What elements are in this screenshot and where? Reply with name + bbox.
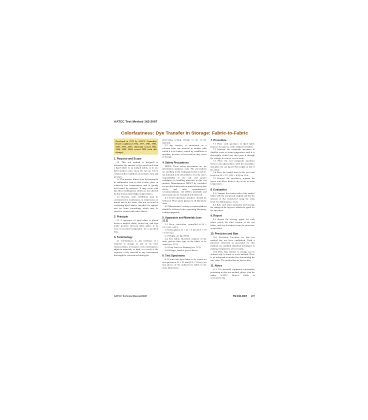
- body-paragraph: 1.2 This transfer differs from that meas…: [114, 178, 158, 195]
- body-paragraph: 8.1 Compare the contact side of the undy…: [211, 192, 255, 204]
- section-heading: 1. Purpose and Scope: [114, 157, 158, 160]
- body-paragraph: 3.2 dye transfer, n.—movement of a color…: [162, 144, 206, 158]
- page-title: Colorfastness: Dye Transfer in Storage: …: [114, 131, 255, 137]
- safety-note: NOTE: These safety precautions are for i…: [162, 165, 206, 197]
- page-scale-wrapper: AATCC Test Method 163-2007 Colorfastness…: [0, 0, 368, 420]
- section-heading: 3. Terminology: [114, 236, 158, 239]
- text-columns: Developed in 1972 by AATCC Committee RA2…: [114, 139, 255, 292]
- section-heading: 7. Procedure: [211, 139, 255, 142]
- section-heading: 10. Precision and Bias: [211, 232, 255, 235]
- footer-method-id: TM 163-2007: [233, 295, 247, 298]
- body-paragraph: 2.1 A specimen of dyed fabric is placed …: [114, 219, 158, 233]
- section-heading: 8. Evaluation: [211, 188, 255, 191]
- document-canvas: AATCC Test Method 163-2007 Colorfastness…: [0, 0, 368, 420]
- body-paragraph: 7.2 Immerse the composite specimen in di…: [211, 148, 255, 160]
- body-paragraph: 5.6 Wringer, hand or power driven.: [162, 249, 206, 252]
- section-heading: 4. Safety Precautions: [162, 161, 206, 164]
- column-1: Developed in 1972 by AATCC Committee RA2…: [114, 139, 158, 292]
- body-paragraph: 8.2 Rate each layer separately and avera…: [211, 203, 255, 212]
- section-heading: 2. Principle: [114, 215, 158, 218]
- body-paragraph: 9.1 Report the average grade for each fa…: [211, 218, 255, 230]
- section-heading: 9. Report: [211, 214, 255, 217]
- body-paragraph: 3.1 colorfastness, n.—the resistance of …: [114, 240, 158, 257]
- page-footer: AATCC Technical Manual/2008 TM 163-20072…: [114, 295, 255, 298]
- document-page: AATCC Test Method 163-2007 Colorfastness…: [114, 120, 255, 298]
- body-paragraph: 7.3 Place the wet composite specimen bet…: [211, 160, 255, 172]
- method-number-header: AATCC Test Method 163-2007: [114, 120, 255, 124]
- body-paragraph: 4.2 Manufacturer's safety recommendation…: [162, 205, 206, 214]
- section-heading: 11. Notes: [211, 264, 255, 267]
- revision-history-note: Developed in 1972 by AATCC Committee RA2…: [114, 139, 158, 155]
- body-paragraph: 1.3 Because such conditions may be encou…: [114, 196, 158, 213]
- body-paragraph: 6.1 From each dyed fabric to be tested c…: [162, 258, 206, 270]
- body-paragraph: 7.5 Remove the specimens, separate the l…: [211, 177, 255, 186]
- section-heading: 6. Test Specimens: [162, 254, 206, 257]
- body-paragraph: 11.1 For potential equipment information…: [211, 268, 255, 280]
- column-3: 7. Procedure7.1 Place each specimen of d…: [211, 139, 255, 292]
- footer-right-group: TM 163-2007287: [233, 295, 255, 298]
- footer-page-number: 287: [251, 295, 255, 298]
- section-heading: 5. Apparatus and Materials (see 11.1): [162, 216, 206, 222]
- column-2: processing, testing, storage or use of t…: [162, 139, 206, 292]
- body-paragraph: 5.4 Test fabric, bleached, undyed, of th…: [162, 237, 206, 246]
- body-paragraph: 1.1 This test method is designed to dete…: [114, 161, 158, 178]
- body-paragraph: 10.2 Bias. Dye transfer in storage can b…: [211, 250, 255, 262]
- body-paragraph: 4.1 Good laboratory practices should be …: [162, 197, 206, 206]
- body-paragraph: 10.1 Precision. Precision for this test …: [211, 236, 255, 250]
- footer-manual-label: AATCC Technical Manual/2008: [114, 295, 147, 298]
